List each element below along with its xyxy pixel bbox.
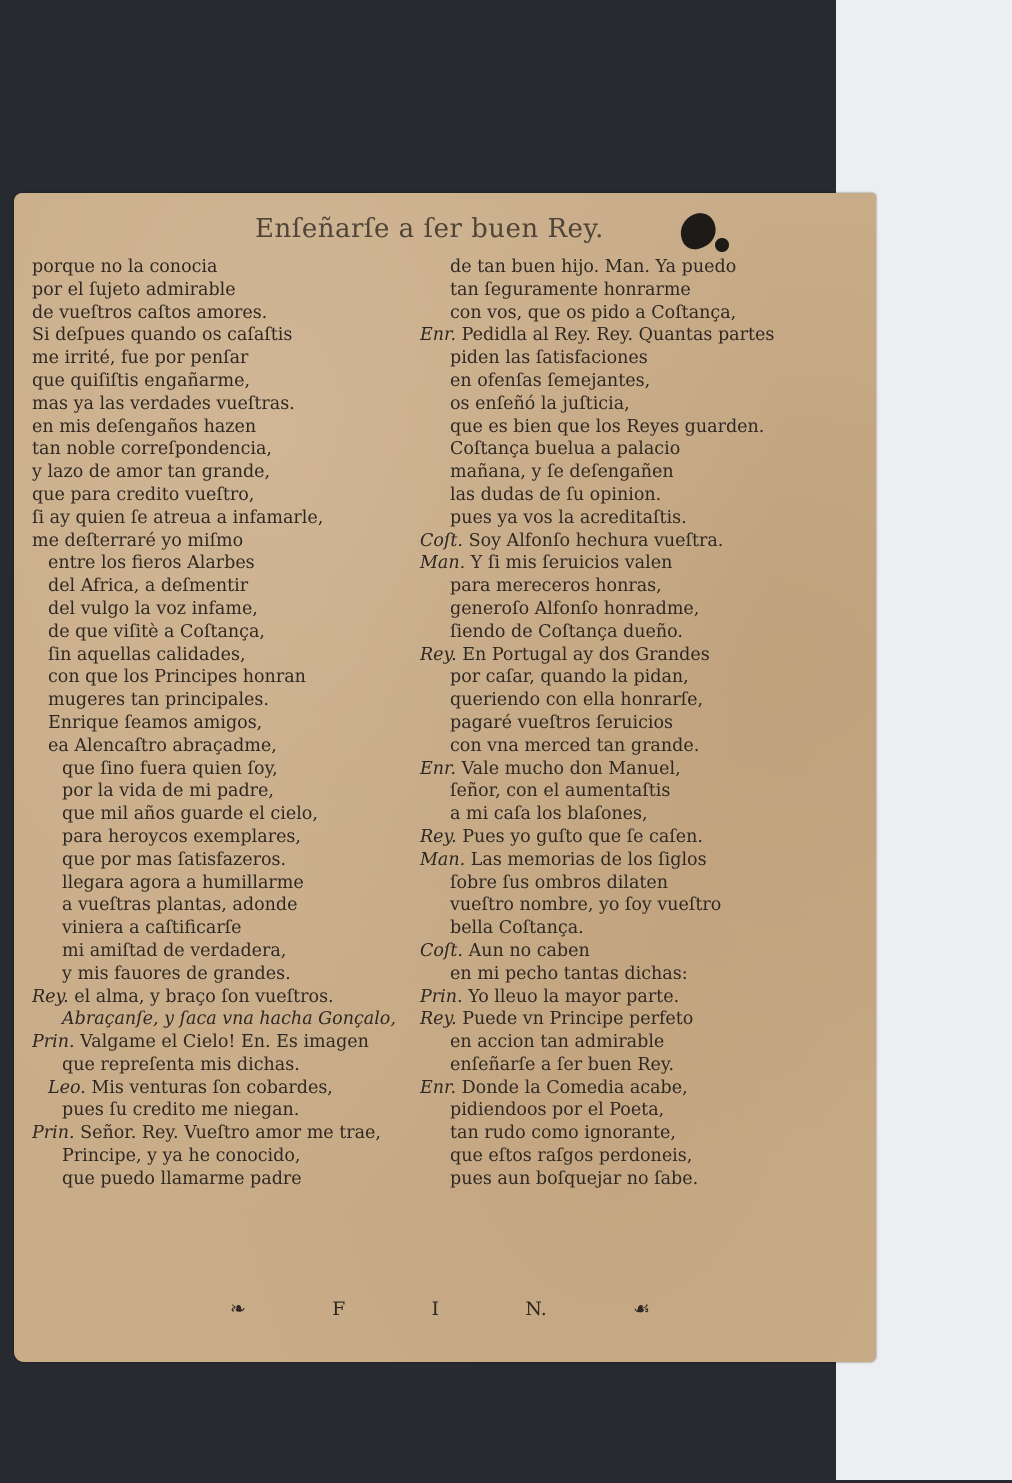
- verse-line: Principe, y ya he conocido,: [32, 1145, 396, 1168]
- verse-text: ſiendo de Coſtança dueño.: [450, 622, 683, 642]
- verse-text: que ſino fuera quien ſoy,: [62, 759, 278, 779]
- verse-line: os enſeñó la juſticia,: [420, 393, 774, 416]
- running-head: Enſeñarſe a ſer buen Rey.: [255, 214, 604, 244]
- verse-text: en mi pecho tantas dichas:: [450, 964, 688, 984]
- verse-line: a vueſtras plantas, adonde: [32, 894, 396, 917]
- verse-text: del Africa, a deſmentir: [48, 576, 248, 596]
- verse-line: ſin aquellas calidades,: [32, 644, 396, 667]
- speaker-label: Coſt.: [420, 941, 463, 961]
- speaker-label: Rey.: [420, 1009, 457, 1029]
- verse-text: Mis venturas ſon cobardes,: [91, 1078, 333, 1098]
- verse-text: Pedidla al Rey. Rey. Quantas partes: [462, 325, 775, 345]
- verse-line: Enr. Vale mucho don Manuel,: [420, 758, 774, 781]
- verse-line: que es bien que los Reyes guarden.: [420, 416, 774, 439]
- verse-text: de vueſtros caſtos amores.: [32, 303, 267, 323]
- verse-text: para heroycos exemplares,: [62, 827, 301, 847]
- verse-text: queriendo con ella honrarſe,: [450, 690, 703, 710]
- verse-text: Puede vn Principe perfeto: [462, 1009, 693, 1029]
- verse-line: Man. Y ſi mis ſeruicios valen: [420, 552, 774, 575]
- verse-text: que quiſiſtis engañarme,: [32, 371, 250, 391]
- verse-text: generoſo Alfonſo honradme,: [450, 599, 699, 619]
- verse-line: que mil años guarde el cielo,: [32, 803, 396, 826]
- verse-line: Prin. Yo lleuo la mayor parte.: [420, 986, 774, 1009]
- ink-dot-mark: [715, 238, 729, 252]
- verse-line: ea Alencaſtro abraçadme,: [32, 735, 396, 758]
- verse-line: Coſtança buelua a palacio: [420, 438, 774, 461]
- fin-ornament-right: ☙: [633, 1298, 650, 1320]
- verse-text: Abraçanſe, y ſaca vna hacha Gonçalo,: [62, 1009, 396, 1029]
- verse-text: Y ſi mis ſeruicios valen: [471, 553, 673, 573]
- verse-text: para mereceros honras,: [450, 576, 662, 596]
- verse-text: llegara agora a humillarme: [62, 873, 304, 893]
- verse-line: Prin. Valgame el Cielo! En. Es imagen: [32, 1031, 396, 1054]
- verse-text: que es bien que los Reyes guarden.: [450, 417, 764, 437]
- verse-text: enſeñarſe a ſer buen Rey.: [450, 1055, 674, 1075]
- verse-line: que quiſiſtis engañarme,: [32, 370, 396, 393]
- verse-text: con que los Principes honran: [48, 667, 306, 687]
- verse-line: a mi caſa los blaſones,: [420, 803, 774, 826]
- verse-text: por el ſujeto admirable: [32, 280, 236, 300]
- verse-line: para heroycos exemplares,: [32, 826, 396, 849]
- verse-text: Donde la Comedia acabe,: [462, 1078, 688, 1098]
- verse-line: Coſt. Aun no caben: [420, 940, 774, 963]
- speaker-label: Prin.: [420, 987, 463, 1007]
- verse-line: del Africa, a deſmentir: [32, 575, 396, 598]
- speaker-label: Man.: [420, 553, 465, 573]
- verse-line: y lazo de amor tan grande,: [32, 461, 396, 484]
- verse-line: que puedo llamarme padre: [32, 1168, 396, 1191]
- verse-text: Si deſpues quando os caſaſtis: [32, 325, 292, 345]
- verse-line: tan noble correſpondencia,: [32, 438, 396, 461]
- verse-text: y mis fauores de grandes.: [62, 964, 291, 984]
- verse-text: y lazo de amor tan grande,: [32, 462, 270, 482]
- verse-text: del vulgo la voz infame,: [48, 599, 258, 619]
- verse-text: mi amiſtad de verdadera,: [62, 941, 286, 961]
- verse-line: mañana, y ſe deſengañen: [420, 461, 774, 484]
- verse-text: os enſeñó la juſticia,: [450, 394, 630, 414]
- verse-text: vueſtro nombre, yo ſoy vueſtro: [450, 895, 721, 915]
- verse-text: ſin aquellas calidades,: [48, 645, 246, 665]
- verse-line: ſeñor, con el aumentaſtis: [420, 780, 774, 803]
- verse-line: las dudas de ſu opinion.: [420, 484, 774, 507]
- verse-text: Vale mucho don Manuel,: [462, 759, 681, 779]
- verse-text: ea Alencaſtro abraçadme,: [48, 736, 277, 756]
- verse-line: piden las ſatisfaciones: [420, 347, 774, 370]
- fin-letter-n: N.: [525, 1298, 546, 1320]
- verse-line: en mi pecho tantas dichas:: [420, 963, 774, 986]
- verse-text: pues ſu credito me niegan.: [62, 1100, 299, 1120]
- verse-text: En Portugal ay dos Grandes: [462, 645, 709, 665]
- verse-line: con vos, que os pido a Coſtança,: [420, 302, 774, 325]
- verse-line: vueſtro nombre, yo ſoy vueſtro: [420, 894, 774, 917]
- verse-text: mañana, y ſe deſengañen: [450, 462, 674, 482]
- verse-line: pues aun boſquejar no ſabe.: [420, 1168, 774, 1191]
- verse-line: en accion tan admirable: [420, 1031, 774, 1054]
- verse-line: Enr. Pedidla al Rey. Rey. Quantas partes: [420, 324, 774, 347]
- verse-line: queriendo con ella honrarſe,: [420, 689, 774, 712]
- verse-line: pues ſu credito me niegan.: [32, 1099, 396, 1122]
- fin-letter-i: I: [432, 1298, 440, 1320]
- verse-line: con vna merced tan grande.: [420, 735, 774, 758]
- verse-text: que mil años guarde el cielo,: [62, 804, 318, 824]
- verse-line: que eſtos raſgos perdoneis,: [420, 1145, 774, 1168]
- speaker-label: Coſt.: [420, 531, 463, 551]
- verse-line: del vulgo la voz infame,: [32, 598, 396, 621]
- verse-text: Valgame el Cielo! En. Es imagen: [80, 1032, 369, 1052]
- verse-text: viniera a caſtificarſe: [62, 918, 242, 938]
- verse-line: por la vida de mi padre,: [32, 780, 396, 803]
- verse-text: el alma, y braço ſon vueſtros.: [74, 987, 333, 1007]
- verse-line: Man. Las memorias de los ſiglos: [420, 849, 774, 872]
- verse-text: pagaré vueſtros ſeruicios: [450, 713, 673, 733]
- speaker-label: Rey.: [32, 987, 69, 1007]
- verse-text: en ofenſas ſemejantes,: [450, 371, 650, 391]
- verse-text: bella Coſtança.: [450, 918, 584, 938]
- verse-text: Señor. Rey. Vueſtro amor me trae,: [80, 1123, 381, 1143]
- verse-line: que ſino fuera quien ſoy,: [32, 758, 396, 781]
- verse-line: me irrité, fue por penſar: [32, 347, 396, 370]
- verse-line: porque no la conocia: [32, 256, 396, 279]
- verse-text: de tan buen hijo. Man. Ya puedo: [450, 257, 736, 277]
- verse-text: a mi caſa los blaſones,: [450, 804, 648, 824]
- verse-line: y mis fauores de grandes.: [32, 963, 396, 986]
- verse-text: me deſterraré yo miſmo: [32, 531, 243, 551]
- speaker-label: Leo.: [48, 1078, 86, 1098]
- speaker-label: Rey.: [420, 827, 457, 847]
- verse-text: me irrité, fue por penſar: [32, 348, 248, 368]
- speaker-label: Prin.: [32, 1032, 75, 1052]
- verse-text: que eſtos raſgos perdoneis,: [450, 1146, 692, 1166]
- speaker-label: Enr.: [420, 325, 456, 345]
- left-column: porque no la conociapor el ſujeto admira…: [32, 256, 396, 1191]
- verse-line: tan rudo como ignorante,: [420, 1122, 774, 1145]
- verse-line: de tan buen hijo. Man. Ya puedo: [420, 256, 774, 279]
- verse-line: enſeñarſe a ſer buen Rey.: [420, 1054, 774, 1077]
- verse-line: me deſterraré yo miſmo: [32, 530, 396, 553]
- verse-text: mas ya las verdades vueſtras.: [32, 394, 295, 414]
- verse-line: Coſt. Soy Alfonſo hechura vueſtra.: [420, 530, 774, 553]
- verse-line: ſiendo de Coſtança dueño.: [420, 621, 774, 644]
- verse-text: tan noble correſpondencia,: [32, 439, 272, 459]
- fin-ornament-left: ❧: [230, 1298, 246, 1320]
- verse-text: piden las ſatisfaciones: [450, 348, 648, 368]
- verse-line: Enrique ſeamos amigos,: [32, 712, 396, 735]
- verse-text: que para credito vueſtro,: [32, 485, 254, 505]
- verse-line: de vueſtros caſtos amores.: [32, 302, 396, 325]
- verse-text: que puedo llamarme padre: [62, 1169, 302, 1189]
- verse-line: mas ya las verdades vueſtras.: [32, 393, 396, 416]
- verse-text: por la vida de mi padre,: [62, 781, 274, 801]
- verse-text: a vueſtras plantas, adonde: [62, 895, 297, 915]
- verse-line: Rey. Puede vn Principe perfeto: [420, 1008, 774, 1031]
- verse-text: Soy Alfonſo hechura vueſtra.: [469, 531, 724, 551]
- verse-text: Yo lleuo la mayor parte.: [468, 987, 679, 1007]
- verse-text: porque no la conocia: [32, 257, 217, 277]
- speaker-label: Enr.: [420, 759, 456, 779]
- verse-text: pues aun boſquejar no ſabe.: [450, 1169, 698, 1189]
- verse-line: mugeres tan principales.: [32, 689, 396, 712]
- verse-line: Rey. Pues yo guſto que ſe caſen.: [420, 826, 774, 849]
- verse-text: Pues yo guſto que ſe caſen.: [462, 827, 703, 847]
- verse-line: mi amiſtad de verdadera,: [32, 940, 396, 963]
- verse-line: generoſo Alfonſo honradme,: [420, 598, 774, 621]
- speaker-label: Prin.: [32, 1123, 75, 1143]
- fin-letter-f: F: [332, 1298, 345, 1320]
- verse-text: entre los fieros Alarbes: [48, 553, 255, 573]
- verse-text: tan rudo como ignorante,: [450, 1123, 676, 1143]
- verse-line: ſobre ſus ombros dilaten: [420, 872, 774, 895]
- verse-text: pues ya vos la acreditaſtis.: [450, 508, 687, 528]
- right-column: de tan buen hijo. Man. Ya puedotan ſegur…: [420, 256, 774, 1191]
- fin-colophon: ❧ F I N. ☙: [230, 1298, 650, 1320]
- speaker-label: Enr.: [420, 1078, 456, 1098]
- verse-text: con vna merced tan grande.: [450, 736, 699, 756]
- verse-line: por el ſujeto admirable: [32, 279, 396, 302]
- verse-line: con que los Principes honran: [32, 666, 396, 689]
- verse-line: que repreſenta mis dichas.: [32, 1054, 396, 1077]
- verse-text: Aun no caben: [469, 941, 590, 961]
- verse-text: con vos, que os pido a Coſtança,: [450, 303, 736, 323]
- verse-line: tan ſeguramente honrarme: [420, 279, 774, 302]
- verse-line: pagaré vueſtros ſeruicios: [420, 712, 774, 735]
- verse-line: Enr. Donde la Comedia acabe,: [420, 1077, 774, 1100]
- verse-line: ſi ay quien ſe atreua a infamarle,: [32, 507, 396, 530]
- verse-line: de que viſitè a Coſtança,: [32, 621, 396, 644]
- verse-text: en accion tan admirable: [450, 1032, 664, 1052]
- verse-line: pidiendoos por el Poeta,: [420, 1099, 774, 1122]
- verse-line: entre los fieros Alarbes: [32, 552, 396, 575]
- verse-line: pues ya vos la acreditaſtis.: [420, 507, 774, 530]
- verse-text: que repreſenta mis dichas.: [62, 1055, 300, 1075]
- verse-text: ſi ay quien ſe atreua a infamarle,: [32, 508, 323, 528]
- verse-line: viniera a caſtificarſe: [32, 917, 396, 940]
- verse-text: en mis deſengaños hazen: [32, 417, 256, 437]
- verse-line: Rey. En Portugal ay dos Grandes: [420, 644, 774, 667]
- verse-text: Las memorias de los ſiglos: [471, 850, 707, 870]
- verse-text: ſobre ſus ombros dilaten: [450, 873, 668, 893]
- speaker-label: Rey.: [420, 645, 457, 665]
- verse-text: pidiendoos por el Poeta,: [450, 1100, 664, 1120]
- verse-line: llegara agora a humillarme: [32, 872, 396, 895]
- verse-line: que para credito vueſtro,: [32, 484, 396, 507]
- verse-line: Rey. el alma, y braço ſon vueſtros.: [32, 986, 396, 1009]
- verse-line: por caſar, quando la pidan,: [420, 666, 774, 689]
- verse-line: en mis deſengaños hazen: [32, 416, 396, 439]
- verse-line: que por mas ſatisfazeros.: [32, 849, 396, 872]
- verse-text: Principe, y ya he conocido,: [62, 1146, 300, 1166]
- verse-text: mugeres tan principales.: [48, 690, 269, 710]
- verse-text: Coſtança buelua a palacio: [450, 439, 680, 459]
- verse-text: por caſar, quando la pidan,: [450, 667, 689, 687]
- verse-line: bella Coſtança.: [420, 917, 774, 940]
- verse-line: para mereceros honras,: [420, 575, 774, 598]
- verse-text: de que viſitè a Coſtança,: [48, 622, 265, 642]
- verse-text: tan ſeguramente honrarme: [450, 280, 691, 300]
- speaker-label: Man.: [420, 850, 465, 870]
- verse-text: que por mas ſatisfazeros.: [62, 850, 286, 870]
- verse-text: ſeñor, con el aumentaſtis: [450, 781, 670, 801]
- verse-line: Leo. Mis venturas ſon cobardes,: [32, 1077, 396, 1100]
- verse-line: en ofenſas ſemejantes,: [420, 370, 774, 393]
- verse-line: Si deſpues quando os caſaſtis: [32, 324, 396, 347]
- verse-line: Prin. Señor. Rey. Vueſtro amor me trae,: [32, 1122, 396, 1145]
- stage-direction: Abraçanſe, y ſaca vna hacha Gonçalo,: [32, 1008, 396, 1031]
- verse-text: las dudas de ſu opinion.: [450, 485, 661, 505]
- verse-text: Enrique ſeamos amigos,: [48, 713, 262, 733]
